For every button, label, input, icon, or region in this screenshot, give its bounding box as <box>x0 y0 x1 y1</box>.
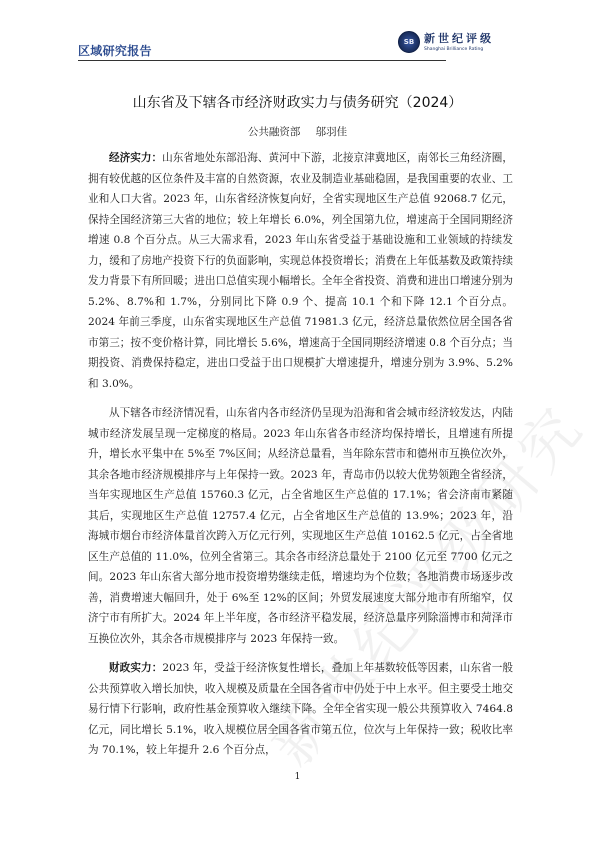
paragraph-text: 山东省地处东部沿海、黄河中下游，北接京津冀地区，南邻长三角经济圈，拥有较优越的区… <box>88 152 513 390</box>
logo-name-cn: 新世纪评级 <box>424 30 494 46</box>
department: 公共融资部 <box>248 126 301 138</box>
document-title: 山东省及下辖各市经济财政实力与债务研究（2024） <box>0 92 595 112</box>
logo-name-en: Shanghai Brilliance Rating <box>424 47 483 52</box>
paragraph-fiscal-strength: 财政实力：2023 年，受益于经济恢复性增长，叠加上年基数较低等因素，山东省一般… <box>88 658 513 761</box>
paragraph-economic-strength: 经济实力：山东省地处东部沿海、黄河中下游，北接京津冀地区，南邻长三角经济圈，拥有… <box>88 148 513 394</box>
document-body: 经济实力：山东省地处东部沿海、黄河中下游，北接京津冀地区，南邻长三角经济圈，拥有… <box>88 148 513 770</box>
paragraph-city-economy: 从下辖各市经济情况看，山东省内各市经济仍呈现为沿海和省会城市经济较发达，内陆城市… <box>88 403 513 649</box>
logo-emblem-icon: SB <box>398 31 420 53</box>
page-number: 1 <box>0 772 595 782</box>
page-header: 区域研究报告 <box>78 28 446 60</box>
section-title: 区域研究报告 <box>78 42 152 59</box>
author-name: 邬羽佳 <box>316 126 348 138</box>
paragraph-lead: 财政实力： <box>109 662 162 674</box>
logo-emblem-text: SB <box>404 38 414 46</box>
paragraph-text: 从下辖各市经济情况看，山东省内各市经济仍呈现为沿海和省会城市经济较发达，内陆城市… <box>88 407 513 645</box>
header-divider <box>78 60 446 61</box>
brand-logo: SB 新世纪评级 Shanghai Brilliance Rating <box>398 30 518 60</box>
paragraph-lead: 经济实力： <box>109 152 162 164</box>
authors-line: 公共融资部 邬羽佳 <box>0 124 595 139</box>
paragraph-text: 2023 年，受益于经济恢复性增长，叠加上年基数较低等因素，山东省一般公共预算收… <box>88 662 513 756</box>
